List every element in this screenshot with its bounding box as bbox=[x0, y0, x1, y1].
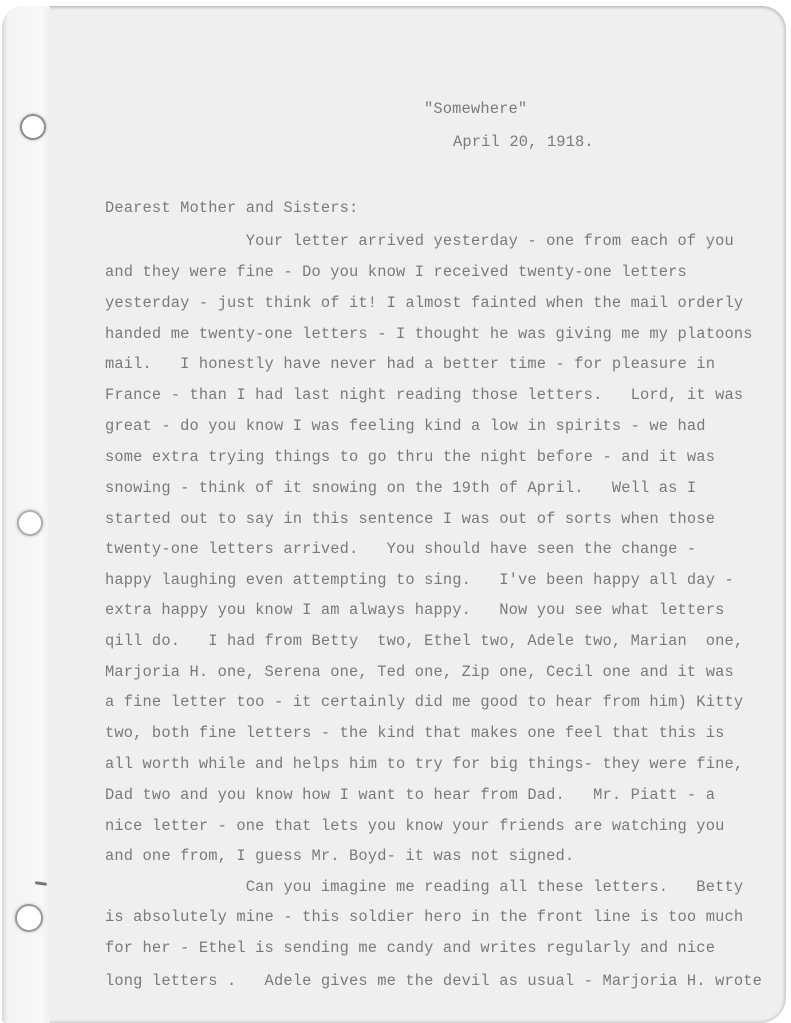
body-line: some extra trying things to go thru the … bbox=[105, 448, 715, 466]
body-line: long letters . Adele gives me the devil … bbox=[105, 972, 762, 990]
heading-date: April 20, 1918. bbox=[453, 133, 594, 151]
body-line: great - do you know I was feeling kind a… bbox=[105, 417, 706, 435]
body-line: handed me twenty-one letters - I thought… bbox=[105, 325, 753, 343]
body-line: started out to say in this sentence I wa… bbox=[105, 510, 715, 528]
body-line: Your letter arrived yesterday - one from… bbox=[105, 232, 734, 250]
body-line: Can you imagine me reading all these let… bbox=[105, 878, 743, 896]
body-line: France - than I had last night reading t… bbox=[105, 386, 743, 404]
body-line: for her - Ethel is sending me candy and … bbox=[105, 939, 715, 957]
body-line: mail. I honestly have never had a better… bbox=[105, 355, 715, 373]
body-line: Marjoria H. one, Serena one, Ted one, Zi… bbox=[105, 663, 734, 681]
body-line: a fine letter too - it certainly did me … bbox=[105, 693, 743, 711]
body-line: yesterday - just think of it! I almost f… bbox=[105, 294, 743, 312]
body-line: snowing - think of it snowing on the 19t… bbox=[105, 479, 696, 497]
body-line: nice letter - one that lets you know you… bbox=[105, 817, 724, 835]
body-line: and one from, I guess Mr. Boyd- it was n… bbox=[105, 847, 574, 865]
body-line: happy laughing even attempting to sing. … bbox=[105, 571, 734, 589]
body-line: extra happy you know I am always happy. … bbox=[105, 601, 724, 619]
punch-hole-icon bbox=[17, 510, 43, 536]
punch-hole-icon bbox=[15, 904, 43, 932]
body-line: Dad two and you know how I want to hear … bbox=[105, 786, 715, 804]
punch-hole-icon bbox=[20, 114, 46, 140]
body-line: and they were fine - Do you know I recei… bbox=[105, 263, 687, 281]
body-line: qill do. I had from Betty two, Ethel two… bbox=[105, 632, 743, 650]
body-line: is absolutely mine - this soldier hero i… bbox=[105, 908, 743, 926]
salutation: Dearest Mother and Sisters: bbox=[105, 199, 358, 217]
body-line: twenty-one letters arrived. You should h… bbox=[105, 540, 696, 558]
body-line: all worth while and helps him to try for… bbox=[105, 755, 743, 773]
heading-place: "Somewhere" bbox=[424, 100, 527, 118]
body-line: two, both fine letters - the kind that m… bbox=[105, 724, 724, 742]
